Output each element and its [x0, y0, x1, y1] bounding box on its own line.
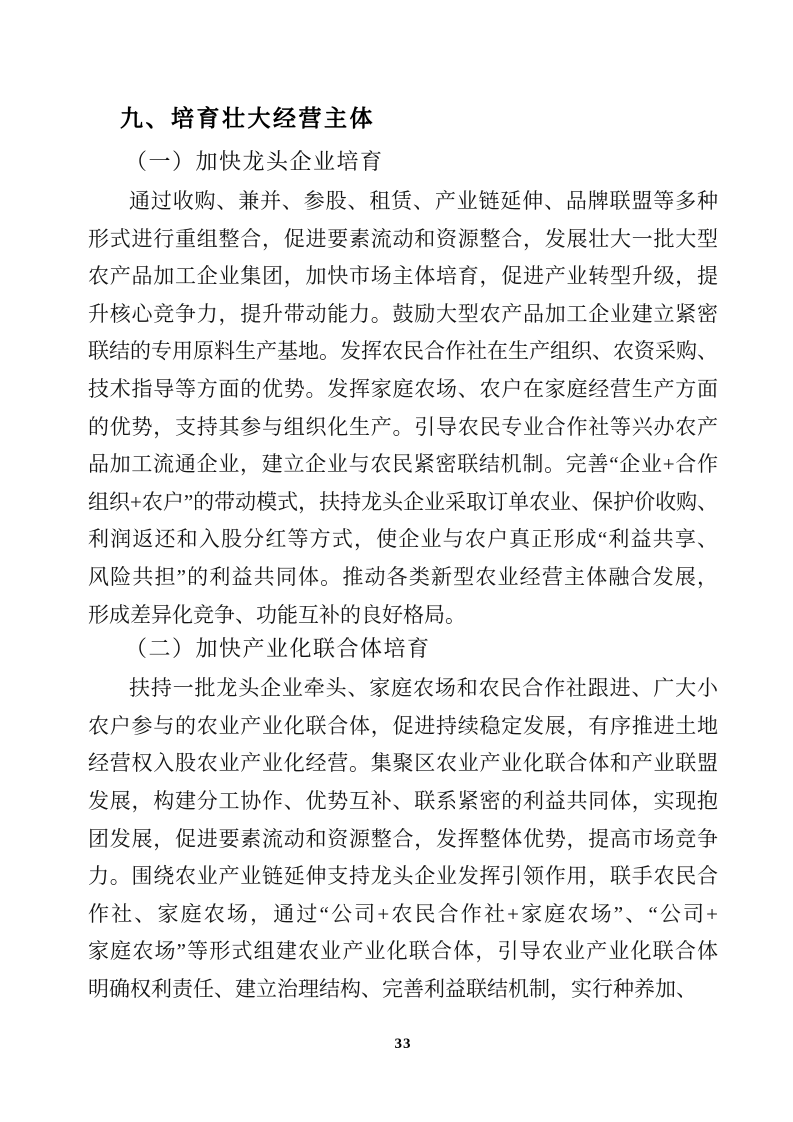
document-content: 九、培育壮大经营主体 （一）加快龙头企业培育 通过收购、兼并、参股、租赁、产业链… [88, 0, 718, 1008]
paragraph-line: 品加工流通企业，建立企业与农民紧密联结机制。完善“企业+合作 [88, 446, 718, 484]
paragraph-line: 团发展，促进要素流动和资源整合，发挥整体优势，提高市场竞争 [88, 821, 718, 859]
paragraph-line: 利润返还和入股分红等方式，使企业与农户真正形成“利益共享、 [88, 521, 718, 559]
paragraph-line: 技术指导等方面的优势。发挥家庭农场、农户在家庭经营生产方面 [88, 371, 718, 409]
paragraph-line: 通过收购、兼并、参股、租赁、产业链延伸、品牌联盟等多种 [88, 183, 718, 221]
paragraph-line: 联结的专用原料生产基地。发挥农民合作社在生产组织、农资采购、 [88, 333, 718, 371]
paragraph-line: 家庭农场”等形式组建农业产业化联合体，引导农业产业化联合体 [88, 933, 718, 971]
paragraph-line: 明确权利责任、建立治理结构、完善利益联结机制，实行种养加、 [88, 971, 718, 1009]
paragraph-line: 形式进行重组整合，促进要素流动和资源整合，发展壮大一批大型 [88, 221, 718, 259]
paragraph-line: 作社、家庭农场，通过“公司+农民合作社+家庭农场”、“公司+ [88, 896, 718, 934]
paragraph-line: 形成差异化竞争、功能互补的良好格局。 [88, 597, 718, 635]
page-number: 33 [88, 1036, 718, 1053]
paragraph-line: 农产品加工企业集团，加快市场主体培育，促进产业转型升级，提 [88, 258, 718, 296]
paragraph-line: 力。围绕农业产业链延伸支持龙头企业发挥引领作用，联手农民合 [88, 858, 718, 896]
document-page: 九、培育壮大经营主体 （一）加快龙头企业培育 通过收购、兼并、参股、租赁、产业链… [0, 0, 793, 1122]
paragraph-line: 扶持一批龙头企业牵头、家庭农场和农民合作社跟进、广大小 [88, 670, 718, 708]
paragraph-line: 风险共担”的利益共同体。推动各类新型农业经营主体融合发展， [88, 559, 718, 597]
paragraph-line: 的优势，支持其参与组织化生产。引导农民专业合作社等兴办农产 [88, 409, 718, 447]
paragraph-line: 组织+农户”的带动模式，扶持龙头企业采取订单农业、保护价收购、 [88, 484, 718, 522]
section-heading: 九、培育壮大经营主体 [88, 103, 718, 133]
paragraph-line: 升核心竞争力，提升带动能力。鼓励大型农产品加工企业建立紧密 [88, 296, 718, 334]
subsection-heading-1: （一）加快龙头企业培育 [88, 147, 718, 177]
paragraph-line: 农户参与的农业产业化联合体，促进持续稳定发展，有序推进土地 [88, 708, 718, 746]
paragraph-1: 通过收购、兼并、参股、租赁、产业链延伸、品牌联盟等多种形式进行重组整合，促进要素… [88, 183, 718, 634]
paragraph-line: 经营权入股农业产业化经营。集聚区农业产业化联合体和产业联盟 [88, 745, 718, 783]
paragraph-2: 扶持一批龙头企业牵头、家庭农场和农民合作社跟进、广大小农户参与的农业产业化联合体… [88, 670, 718, 1008]
paragraph-line: 发展，构建分工协作、优势互补、联系紧密的利益共同体，实现抱 [88, 783, 718, 821]
subsection-heading-2: （二）加快产业化联合体培育 [88, 634, 718, 664]
